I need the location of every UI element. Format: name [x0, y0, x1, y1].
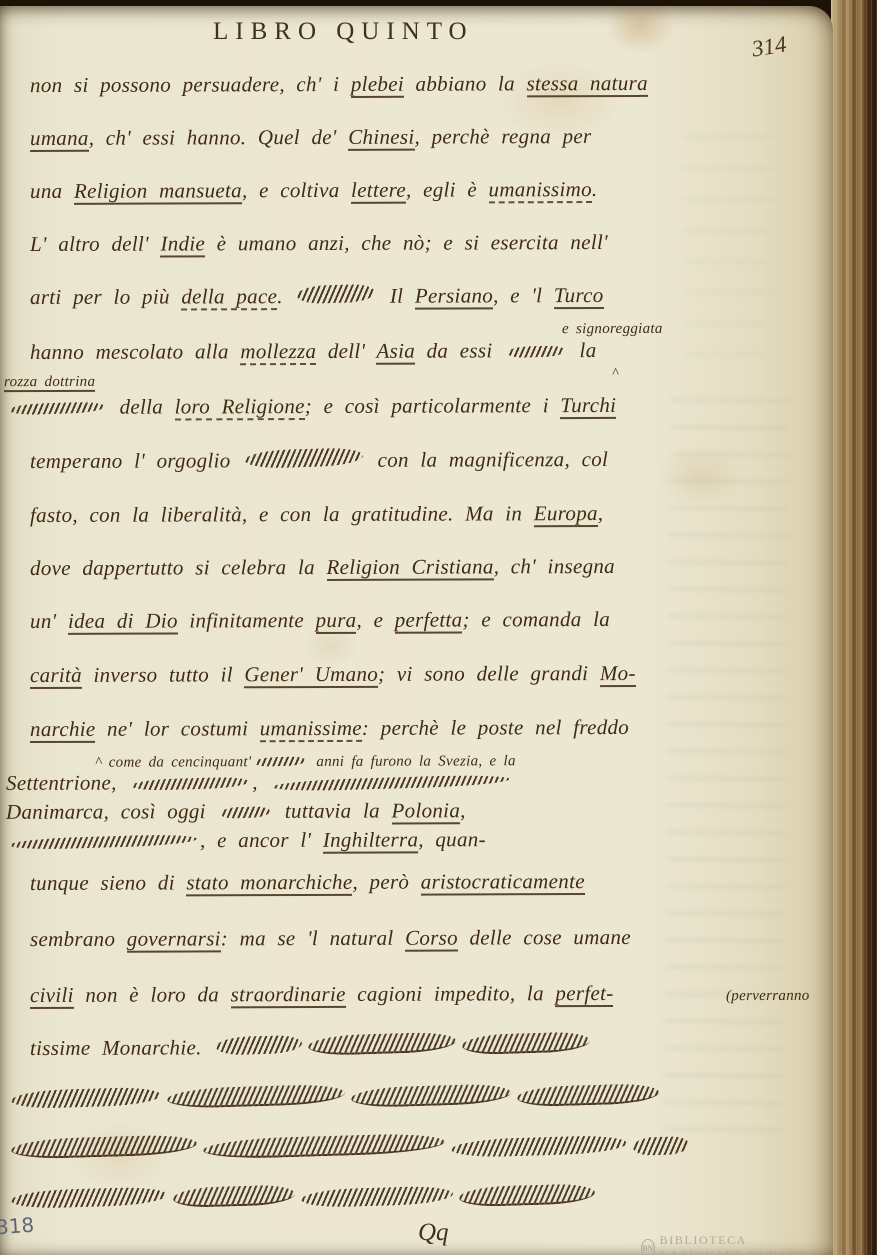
manuscript-page: LIBRO QUINTO 314 non si possono persuade… [0, 6, 833, 1255]
cancelled-line [8, 1135, 692, 1163]
margin-note: rozza dottrina [4, 374, 95, 391]
page-title: LIBRO QUINTO [213, 18, 474, 46]
crossed-out-text [254, 756, 306, 767]
crossed-out-text [351, 1083, 512, 1108]
crossed-out-text [517, 1083, 660, 1107]
manuscript-line: non si possono persuadere, ch' i plebei … [30, 71, 648, 98]
manuscript-line: sembrano governarsi: ma se 'l natural Co… [30, 925, 631, 952]
ink-bleed-through [663, 380, 789, 1131]
crossed-out-text [245, 447, 363, 468]
manuscript-line: tissime Monarchie. [30, 1033, 593, 1061]
crossed-out-text [131, 776, 249, 790]
manuscript-line: dove dappertutto si celebra la Religion … [30, 554, 615, 581]
manuscript-line: L' altro dell' Indie è umano anzi, che n… [30, 230, 608, 257]
crossed-out-text [462, 1031, 591, 1055]
manuscript-line: una Religion mansueta, e coltiva lettere… [30, 177, 598, 204]
crossed-out-text [220, 806, 270, 818]
interlinear-insertion: e signoreggiata [562, 321, 663, 338]
manuscript-line: narchie ne' lor costumi umanissime: perc… [30, 715, 629, 742]
crossed-out-text [301, 1185, 453, 1208]
crossed-out-text [173, 1184, 296, 1208]
crossed-out-text [451, 1135, 627, 1158]
crossed-out-text [272, 774, 510, 792]
manuscript-line: , e ancor l' Inghilterra, quan- [6, 827, 486, 854]
insertion-caret: ^ [612, 366, 618, 382]
manuscript-line: civili non è loro da straordinarie cagio… [30, 981, 614, 1008]
corner-pencil-number: 318 [0, 1213, 35, 1240]
crossed-out-text [507, 345, 565, 358]
manuscript-line: temperano l' orgoglio con la magnificenz… [30, 447, 608, 474]
manuscript-line: un' idea di Dio infinitamente pura, e pe… [30, 607, 610, 634]
manuscript-line: umana, ch' essi hanno. Quel de' Chinesi,… [30, 124, 592, 151]
ink-bleed-through [683, 126, 773, 356]
crossed-out-text [167, 1084, 346, 1109]
cancelled-line [8, 1185, 598, 1213]
crossed-out-text [9, 834, 197, 851]
crossed-out-text [633, 1136, 690, 1156]
crossed-out-text [11, 1087, 161, 1109]
manuscript-line: della loro Religione; e così particolarm… [6, 393, 616, 420]
crossed-out-text [11, 1134, 198, 1160]
crossed-out-text [459, 1183, 596, 1207]
crossed-out-text [9, 401, 105, 415]
manuscript-line: Danimarca, così oggi tuttavia la Polonia… [6, 798, 466, 825]
manuscript-line: tunque sieno di stato monarchiche, però … [30, 869, 585, 896]
library-monogram-icon: BN [641, 1239, 655, 1255]
manuscript-line: Settentrione, , [6, 769, 513, 796]
crossed-out-text [216, 1035, 302, 1056]
crossed-out-text [11, 1186, 167, 1209]
book-page-edges [831, 0, 877, 1255]
manuscript-line: hanno mescolato alla mollezza dell' Asia… [30, 338, 597, 365]
library-stamp-label: Biblioteca Nazionale di Napoli [660, 1233, 833, 1255]
margin-note: (perverranno [726, 988, 810, 1005]
catchword: Qq [418, 1219, 449, 1247]
cancelled-line [8, 1085, 662, 1113]
crossed-out-text [203, 1133, 445, 1160]
manuscript-line: fasto, con la liberalità, e con la grati… [30, 501, 603, 528]
folio-number: 314 [750, 31, 788, 62]
manuscript-scan: LIBRO QUINTO 314 non si possono persuade… [0, 0, 877, 1255]
crossed-out-text [297, 284, 375, 304]
manuscript-line: arti per lo più della pace. Il Persiano,… [30, 283, 604, 310]
manuscript-line: carità inverso tutto il Gener' Umano; vi… [30, 661, 636, 688]
library-stamp: BN Biblioteca Nazionale di Napoli [641, 1233, 833, 1255]
crossed-out-text [308, 1032, 457, 1056]
